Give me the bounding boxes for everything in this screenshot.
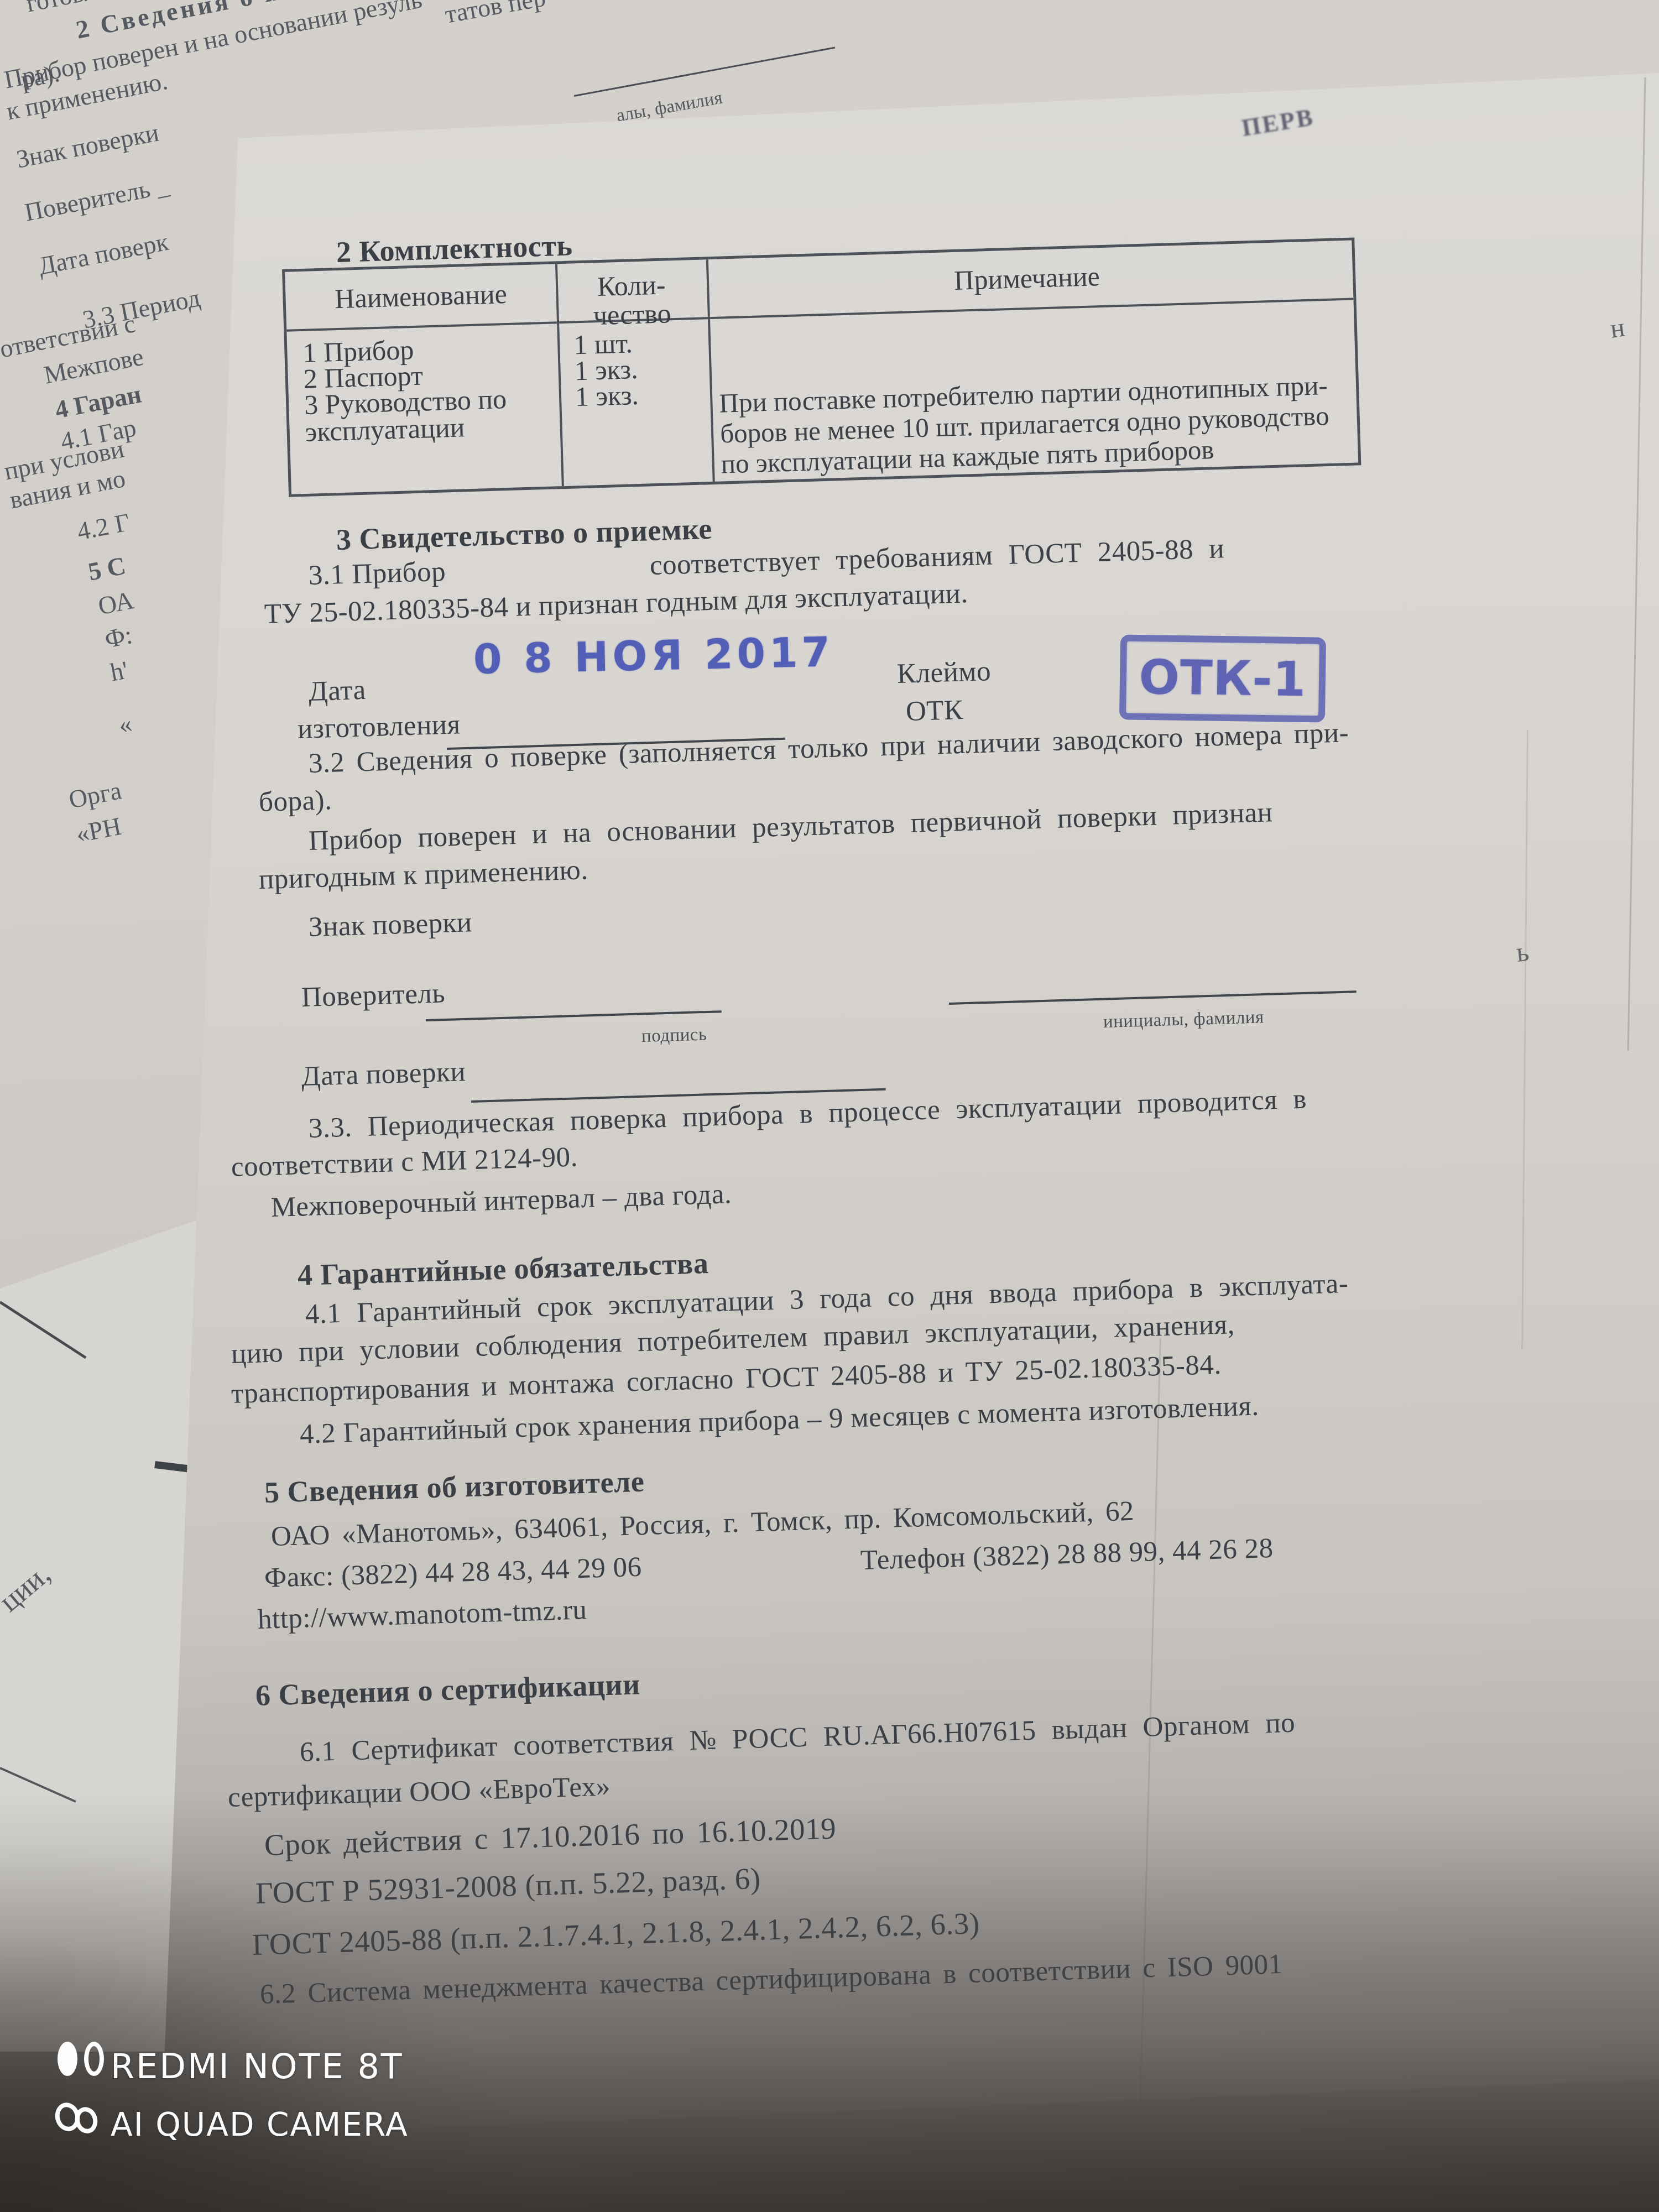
paragraph-3-1: 3.1 Прибор	[308, 556, 446, 592]
bg-fragment: «РН	[74, 811, 123, 849]
verification-mark-label: Знак поверки	[308, 906, 472, 943]
verifier-label: Поверитель	[301, 977, 446, 1014]
bg-fragment: Поверитель _	[22, 170, 171, 227]
kleimo-label: ОТК	[905, 694, 963, 728]
column-header: чество	[556, 296, 708, 332]
camera-logo-outline-circle-icon	[84, 2042, 104, 2076]
paragraph-3-2: бора).	[258, 784, 332, 818]
bg-fragment: Знак поверки	[14, 118, 161, 174]
bg-fragment: 4.2 Г	[75, 507, 132, 546]
signature-caption: подпись	[641, 1024, 707, 1047]
photographed-document: готовле 2 Сведения о повер ра). Прибор п…	[0, 0, 1659, 2212]
watermark-device-name: REDMI NOTE 8T	[111, 2046, 404, 2086]
date-stamp: 0 8 НОЯ 2017	[473, 628, 834, 684]
watermark-camera-label: AI QUAD CAMERA	[111, 2106, 409, 2143]
otk-quality-stamp: ОТК-1	[1119, 634, 1326, 722]
bg-fragment: h'	[108, 655, 131, 687]
verification-date-label: Дата поверки	[301, 1056, 466, 1093]
bg-fragment: 5 С	[86, 551, 128, 587]
signature-line	[574, 47, 836, 97]
column-header: Наименование	[285, 276, 557, 316]
otk-stamp-text: ОТК-1	[1139, 650, 1307, 707]
camera-logo-filled-circle-icon	[58, 2042, 77, 2076]
bg-fragment: «	[116, 708, 134, 739]
bg-fragment: Ф:	[102, 620, 134, 654]
date-label: изготовления	[297, 708, 461, 745]
bg-fragment: ОА	[96, 585, 136, 620]
table-row: эксплуатации	[305, 411, 465, 448]
date-label: Дата	[308, 674, 366, 708]
completeness-table: Наименование Коли- чество Примечание 1 П…	[282, 237, 1361, 497]
column-header: Примечание	[706, 253, 1347, 304]
bg-fragment: татов пер	[442, 0, 547, 29]
bg-fragment: Орга	[66, 775, 124, 814]
table-row: 1 экз.	[575, 379, 639, 413]
kleimo-label: Клеймо	[896, 655, 992, 690]
bg-fragment: Дата поверк	[36, 227, 171, 280]
